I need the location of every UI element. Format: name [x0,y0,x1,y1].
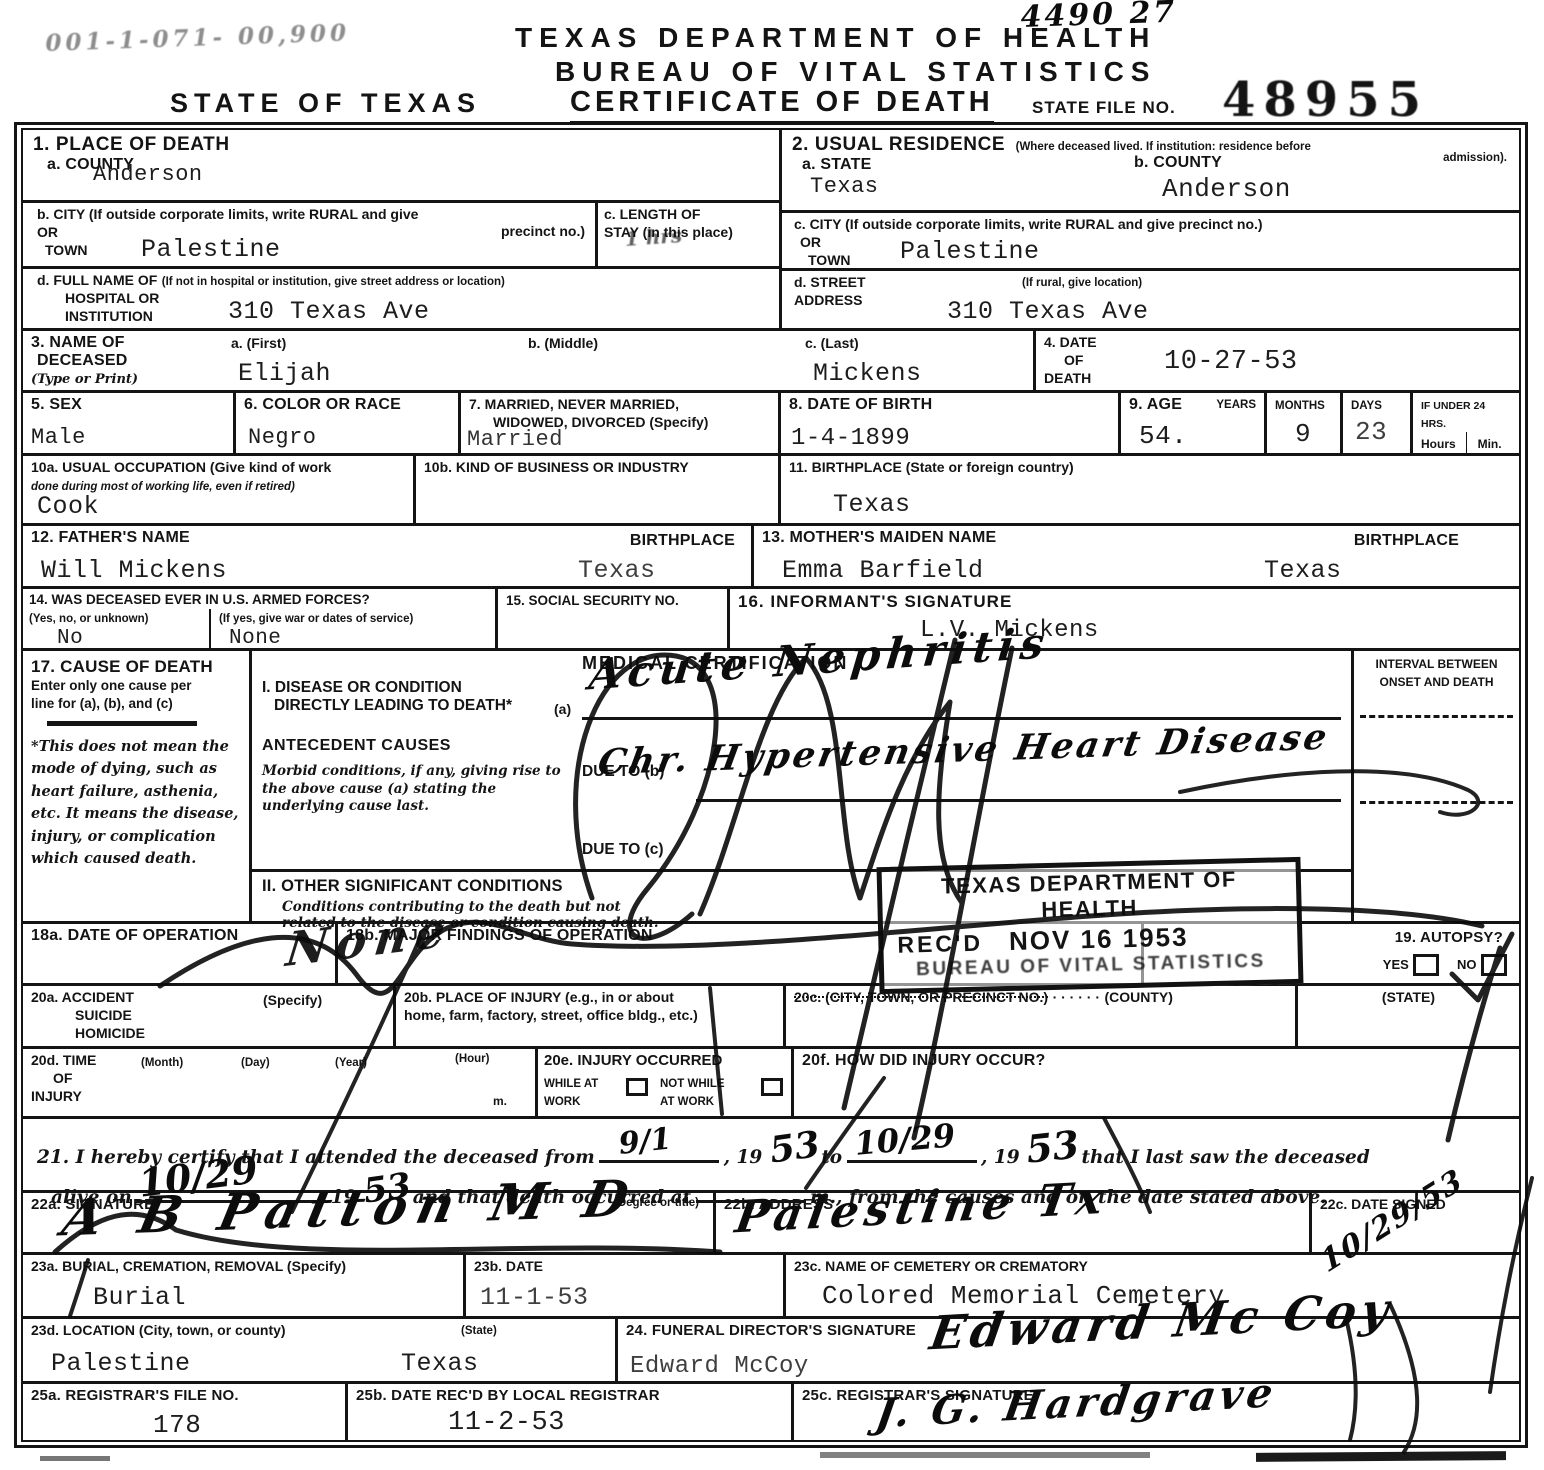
residence-county-label: b. COUNTY [1134,154,1222,172]
registrar-date-value: 11-2-53 [448,1408,565,1438]
interval-label2: ONSET AND DEATH [1380,675,1494,689]
cause-note: *This does not mean the mode of dying, s… [31,736,241,871]
burial-location-city: Palestine [51,1349,191,1378]
other-conditions-label: II. OTHER SIGNIFICANT CONDITIONS [262,877,563,895]
injury-occurred-cell: 20e. INJURY OCCURRED WHILE AT WORK NOT W… [535,1049,791,1116]
certify-to-blank: 10/29 [847,1143,977,1163]
how-injury-cell: 20f. HOW DID INJURY OCCUR? [791,1049,1519,1116]
days-value: 23 [1355,417,1387,447]
form-border: 1. PLACE OF DEATH a. COUNTY Anderson b. … [14,122,1528,1448]
age-cell: 9. AGE YEARS 54. [1118,393,1264,453]
place-town-label: TOWN [45,242,88,258]
name-label3: (Type or Print) [31,372,138,387]
place-of-injury-cell: 20b. PLACE OF INJURY (e.g., in or about … [393,986,783,1046]
row-name: 3. NAME OF DECEASED (Type or Print) a. (… [23,331,1519,393]
day-label: (Day) [241,1057,270,1071]
disease-label: I. DISEASE OR CONDITION [262,679,462,697]
residence-state-value: Texas [810,174,879,199]
age-years-label: YEARS [1216,399,1256,413]
name-label: 3. NAME OF [31,334,125,351]
place-city-label2: precinct no.) [501,223,585,239]
residence-note: (Where deceased lived. If institution: r… [1016,141,1311,153]
year-label: (Year) [335,1057,367,1071]
interval-a-line [1360,715,1513,718]
burial-location-state-label: (State) [461,1325,497,1339]
antecedent-label: ANTECEDENT CAUSES [262,737,451,755]
disease-label2: DIRECTLY LEADING TO DEATH* [274,697,512,715]
armed-forces-war: None [229,627,281,650]
under24-cell: IF UNDER 24 HRS. Hours Min. [1410,393,1519,453]
cause-instr1: Enter only one cause per [31,678,192,693]
armed-forces-answer: No [57,627,83,650]
place-of-death-section: 1. PLACE OF DEATH a. COUNTY Anderson b. … [23,130,779,328]
months-value: 9 [1295,419,1311,449]
registrar-file-label: 25a. REGISTRAR'S FILE NO. [31,1387,239,1404]
autopsy-no-label: NO [1457,957,1477,972]
ssn-cell: 15. SOCIAL SECURITY NO. [495,589,727,648]
month-label: (Month) [141,1057,183,1071]
usual-residence-section: 2. USUAL RESIDENCE (Where deceased lived… [779,130,1519,328]
industry-cell: 10b. KIND OF BUSINESS OR INDUSTRY [413,456,778,523]
mother-cell: 13. MOTHER'S MAIDEN NAME BIRTHPLACE Emma… [751,526,1519,586]
dod-value: 10-27-53 [1164,347,1298,377]
residence-street-label2: ADDRESS [794,292,862,308]
armed-forces-note1: (Yes, no, or unknown) [29,613,148,625]
first-name-label: a. (First) [231,335,286,351]
suicide-label: SUICIDE [75,1007,132,1023]
place-stay-value: 1 hrs [624,223,683,251]
race-value: Negro [248,425,317,450]
hours-label: Hours [1421,437,1456,451]
accident-specify-label: (Specify) [263,992,322,1008]
received-stamp: TEXAS DEPARTMENT OF HEALTH REC'D NOV 16 … [877,857,1304,994]
certify-t2: , 19 [724,1147,763,1168]
father-birthplace-value: Texas [578,556,656,585]
while-at-work-checkbox [626,1078,648,1096]
age-label: 9. AGE [1129,396,1182,413]
cause-divider [47,721,197,726]
middle-name-label: b. (Middle) [528,335,598,351]
birthplace-label: 11. BIRTHPLACE (State or foreign country… [789,459,1074,475]
time-of-injury-cell: 20d. TIME (Month) (Day) (Year) (Hour) OF… [23,1049,535,1116]
stamp-recd-label: REC'D [897,930,983,959]
row-place-residence: 1. PLACE OF DEATH a. COUNTY Anderson b. … [23,130,1519,331]
place-of-injury-label2: home, farm, factory, street, office bldg… [404,1007,698,1023]
interval-cell: INTERVAL BETWEEN ONSET AND DEATH [1351,651,1519,921]
injury-leader-dots: · · · · · · [1053,989,1100,1005]
residence-city-label: c. CITY (If outside corporate limits, wr… [794,216,1263,232]
armed-forces-label: 14. WAS DECEASED EVER IN U.S. ARMED FORC… [29,592,370,607]
funeral-director-typed: Edward McCoy [630,1353,809,1380]
hour-label: (Hour) [455,1053,490,1067]
under24-label: IF UNDER 24 HRS. [1421,400,1485,430]
dod-label: 4. DATE [1044,334,1097,350]
birthplace-value: Texas [833,490,911,519]
row-injury-def: 20d. TIME (Month) (Day) (Year) (Hour) OF… [23,1049,1519,1119]
birthplace-cell: 11. BIRTHPLACE (State or foreign country… [778,456,1519,523]
cause-instructions-cell: 17. CAUSE OF DEATH Enter only one cause … [23,651,249,921]
antecedent-note: Morbid conditions, if any, giving rise t… [262,763,570,816]
registrar-date-cell: 25b. DATE REC'D BY LOCAL REGISTRAR 11-2-… [345,1384,791,1440]
disease-a-tag: (a) [554,701,571,717]
injury-city-county-cell: 20c. (CITY, TOWN, OR PRECINCT NO.) · · ·… [783,986,1295,1046]
sex-cell: 5. SEX Male [23,393,233,453]
header-state: STATE OF TEXAS [170,88,481,119]
certify-from-blank: 9/1 [599,1143,719,1163]
certify-from-year: 53 [767,1123,822,1172]
first-name-value: Elijah [238,359,331,388]
sex-value: Male [31,425,86,450]
while-at-work-label2: WORK [544,1096,580,1108]
mother-birthplace-label: BIRTHPLACE [1354,532,1459,550]
place-stay-label: c. LENGTH OF [604,206,700,222]
m-label: m. [493,1094,507,1108]
occupation-label: 10a. USUAL OCCUPATION (Give kind of work [31,459,331,475]
days-cell: DAYS 23 [1340,393,1410,453]
months-cell: MONTHS 9 [1264,393,1340,453]
age-value: 54. [1139,421,1187,451]
name-label2: DECEASED [37,352,128,369]
occupation-cell: 10a. USUAL OCCUPATION (Give kind of work… [23,456,413,523]
certify-t1: 21. I hereby certify that I attended the… [37,1147,595,1168]
autopsy-label: 19. AUTOPSY? [1395,930,1503,947]
father-label: 12. FATHER'S NAME [31,529,190,546]
days-label: DAYS [1351,400,1382,412]
scan-artifact-bottom-left [40,1456,110,1461]
place-county-value: Anderson [93,162,203,187]
burial-location-cell: 23d. LOCATION (City, town, or county) (S… [23,1319,615,1381]
burial-value: Burial [93,1283,186,1312]
homicide-label: HOMICIDE [75,1025,145,1041]
death-certificate-scan: 001-1-071- 00,900 4490 27 TEXAS DEPARTME… [0,0,1544,1470]
residence-title: 2. USUAL RESIDENCE [792,134,1005,155]
place-hosp-label: d. FULL NAME OF [37,272,157,288]
not-while-at-work-label2: AT WORK [660,1096,714,1108]
marital-value: Married [467,427,563,452]
dob-value: 1-4-1899 [791,425,910,452]
row-parents: 12. FATHER'S NAME BIRTHPLACE Will Micken… [23,526,1519,589]
min-label: Min. [1478,437,1502,451]
funeral-director-label: 24. FUNERAL DIRECTOR'S SIGNATURE [626,1322,916,1339]
due-to-c-label: DUE TO (c) [582,841,664,859]
row-occupation: 10a. USUAL OCCUPATION (Give kind of work… [23,456,1519,526]
autopsy-no-checkbox [1481,954,1507,976]
residence-state-label: a. STATE [802,156,871,173]
marital-cell: 7. MARRIED, NEVER MARRIED, WIDOWED, DIVO… [458,393,778,453]
burial-date-value: 11-1-53 [480,1283,589,1312]
residence-or-label: OR [800,234,821,250]
dod-label3: DEATH [1044,370,1091,386]
autopsy-yes-label: YES [1383,957,1409,972]
burial-label: 23a. BURIAL, CREMATION, REMOVAL (Specify… [31,1258,346,1274]
state-file-number: 48955 [1222,72,1429,128]
row-injury-abc: 20a. ACCIDENT (Specify) SUICIDE HOMICIDE… [23,986,1519,1049]
injury-state-cell: (STATE) [1295,986,1519,1046]
burial-location-state: Texas [401,1349,479,1378]
burial-date-cell: 23b. DATE 11-1-53 [463,1255,783,1316]
ssn-label: 15. SOCIAL SECURITY NO. [506,593,679,608]
place-city-value: Palestine [141,235,281,264]
armed-forces-cell: 14. WAS DECEASED EVER IN U.S. ARMED FORC… [23,589,495,648]
certificate-title: CERTIFICATE OF DEATH [570,86,994,124]
certify-t3: to [821,1147,842,1168]
mother-birthplace-value: Texas [1264,556,1342,585]
interval-b-line [1360,801,1513,804]
date-of-death-section: 4. DATE OF DEATH 10-27-53 [1033,331,1519,390]
last-name-label: c. (Last) [805,335,859,351]
place-hosp-note: (If not in hospital or institution, give… [162,276,505,288]
operation-date-label: 18a. DATE OF OPERATION [31,927,238,944]
stamp-line1: TEXAS DEPARTMENT OF HEALTH [892,865,1287,927]
place-title: 1. PLACE OF DEATH [33,134,230,155]
place-hosp-label3: INSTITUTION [65,308,153,324]
stamp-date: NOV 16 1953 [1009,922,1189,957]
header-bureau: BUREAU OF VITAL STATISTICS [555,56,1156,88]
sex-label: 5. SEX [31,396,82,413]
residence-town-label: TOWN [808,252,851,268]
time-of-injury-label: 20d. TIME [31,1052,96,1068]
cause-title: 17. CAUSE OF DEATH [31,657,213,676]
burial-location-label: 23d. LOCATION (City, town, or county) [31,1322,286,1338]
not-while-at-work-checkbox [761,1078,783,1096]
months-label: MONTHS [1275,400,1325,412]
cemetery-label: 23c. NAME OF CEMETERY OR CREMATORY [794,1258,1088,1274]
mother-value: Emma Barfield [782,556,984,585]
registrar-date-label: 25b. DATE REC'D BY LOCAL REGISTRAR [356,1387,660,1404]
not-while-at-work-label: NOT WHILE [660,1078,725,1090]
race-cell: 6. COLOR OR RACE Negro [233,393,458,453]
interval-label: INTERVAL BETWEEN [1375,657,1497,671]
time-of-injury-label2: OF [53,1070,72,1086]
burial-date-label: 23b. DATE [474,1258,543,1274]
scan-artifact-bottom-center [820,1452,1150,1458]
pencil-note: 001-1-071- 00,900 [45,19,350,57]
certify-t4: , 19 [981,1147,1020,1168]
place-of-injury-label: 20b. PLACE OF INJURY (e.g., in or about [404,989,674,1005]
accident-cell: 20a. ACCIDENT (Specify) SUICIDE HOMICIDE [23,986,393,1046]
time-of-injury-label3: INJURY [31,1088,82,1104]
residence-street-note: (If rural, give location) [1022,277,1142,291]
place-city-label: b. CITY (If outside corporate limits, wr… [37,206,418,222]
registrar-file-cell: 25a. REGISTRAR'S FILE NO. 178 [23,1384,345,1440]
header-department: TEXAS DEPARTMENT OF HEALTH [515,22,1156,54]
dod-label2: OF [1064,352,1083,368]
residence-street-value: 310 Texas Ave [947,297,1149,326]
race-label: 6. COLOR OR RACE [244,396,401,413]
registrar-file-value: 178 [153,1410,201,1440]
injury-state-label: (STATE) [1382,989,1435,1005]
autopsy-options: YES NO [1383,954,1507,976]
accident-label: 20a. ACCIDENT [31,989,134,1005]
injury-county-label: (COUNTY) [1104,989,1172,1005]
autopsy-yes-checkbox [1413,954,1439,976]
father-value: Will Mickens [41,556,227,585]
scan-artifact-bottom-right [1256,1451,1506,1462]
place-or-label: OR [37,224,58,240]
cause-instr2: line for (a), (b), and (c) [31,696,173,711]
state-file-no-label: STATE FILE NO. [1032,98,1176,118]
residence-note2: admission). [1443,152,1507,166]
occupation-value: Cook [37,492,99,521]
marital-label: 7. MARRIED, NEVER MARRIED, [469,396,679,412]
row-registrar: 25a. REGISTRAR'S FILE NO. 178 25b. DATE … [23,1384,1519,1440]
residence-street-label: d. STREET [794,274,866,290]
informant-label: 16. INFORMANT'S SIGNATURE [738,592,1012,611]
row-vitals: 5. SEX Male 6. COLOR OR RACE Negro 7. MA… [23,393,1519,456]
residence-city-value: Palestine [900,237,1040,266]
cause-b-line [696,799,1341,802]
name-section: 3. NAME OF DECEASED (Type or Print) a. (… [23,331,1033,390]
certify-to-date: 10/29 [853,1116,957,1163]
certify-from-date: 9/1 [617,1121,673,1161]
hours-min-divider [1466,432,1467,456]
place-hosp-label2: HOSPITAL OR [65,290,159,306]
how-injury-label: 20f. HOW DID INJURY OCCUR? [802,1052,1045,1069]
residence-county-value: Anderson [1162,174,1291,204]
mother-label: 13. MOTHER'S MAIDEN NAME [762,529,996,546]
certify-statement: 21. I hereby certify that I attended the… [23,1119,1519,1190]
place-hosp-value: 310 Texas Ave [228,297,430,326]
industry-label: 10b. KIND OF BUSINESS OR INDUSTRY [424,459,689,475]
armed-forces-note2: (If yes, give war or dates of service) [219,613,413,625]
certify-t5: that I last saw the deceased [1081,1147,1369,1168]
while-at-work-label: WHILE AT [544,1078,598,1090]
father-cell: 12. FATHER'S NAME BIRTHPLACE Will Micken… [23,526,751,586]
certify-to-year: 53 [1024,1121,1081,1171]
dob-cell: 8. DATE OF BIRTH 1-4-1899 [778,393,1118,453]
dob-label: 8. DATE OF BIRTH [789,396,932,413]
injury-occurred-label: 20e. INJURY OCCURRED [544,1052,722,1069]
burial-cell: 23a. BURIAL, CREMATION, REMOVAL (Specify… [23,1255,463,1316]
father-birthplace-label: BIRTHPLACE [630,532,735,550]
last-name-value: Mickens [813,359,922,388]
